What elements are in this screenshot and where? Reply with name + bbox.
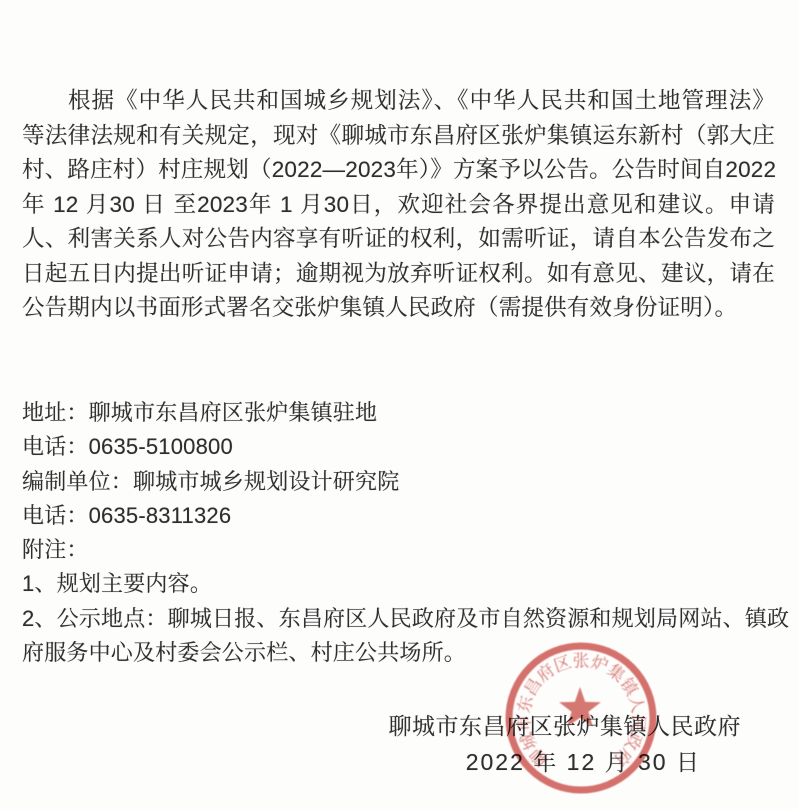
svg-text:张: 张 — [573, 651, 590, 670]
note-item-2-line-1: 2、公示地点：聊城日报、东昌府区人民政府及市自然资源和规划局网站、镇政 — [22, 602, 775, 636]
svg-text:民: 民 — [628, 714, 648, 733]
paragraph-line: 根据《中华人民共和国城乡规划法》、《中华人民共和国土地管理法》 — [22, 84, 775, 119]
signature-block: 聊城市东昌府区张炉集镇人民政府 2022 年 12 月 30 日 — [0, 708, 798, 780]
paragraph-line: 人、利害关系人对公告内容享有听证的权利，如需听证，请自本公告发布之 — [22, 222, 775, 257]
seal-star-icon — [559, 687, 601, 727]
phone-line-1: 电话：0635-5100800 — [22, 430, 775, 464]
paragraph-line: 年 12 月30 日 至2023年 1 月30日，欢迎社会各界提出意见和建议。申… — [22, 188, 775, 223]
issuing-authority: 聊城市东昌府区张炉集镇人民政府 — [0, 708, 798, 744]
announcement-document: 根据《中华人民共和国城乡规划法》、《中华人民共和国土地管理法》 等法律法规和有关… — [0, 0, 798, 809]
paragraph-line: 公告期内以书面形式署名交张炉集镇人民政府（需提供有效身份证明）。 — [22, 291, 775, 326]
compiling-org-line: 编制单位：聊城市城乡规划设计研究院 — [22, 465, 775, 499]
paragraph-line: 等法律法规和有关规定，现对《聊城市东昌府区张炉集镇运东新村（郭大庄 — [22, 119, 775, 154]
svg-text:市: 市 — [514, 714, 534, 733]
phone-line-2: 电话：0635-8311326 — [22, 499, 775, 533]
paragraph-line: 村、路庄村）村庄规划（2022—2023年）》方案予以公告。公告时间自2022 — [22, 153, 775, 188]
address-line: 地址：聊城市东昌府区张炉集镇驻地 — [22, 396, 775, 430]
issue-date: 2022 年 12 月 30 日 — [0, 744, 798, 780]
announcement-body: 根据《中华人民共和国城乡规划法》、《中华人民共和国土地管理法》 等法律法规和有关… — [22, 84, 775, 326]
official-seal: 聊城市东昌府区张炉集镇人民政府 — [496, 633, 666, 803]
contact-and-notes: 地址：聊城市东昌府区张炉集镇驻地 电话：0635-5100800 编制单位：聊城… — [22, 396, 775, 670]
notes-title: 附注： — [22, 533, 775, 567]
paragraph-line: 日起五日内提出听证申请；逾期视为放弃听证权利。如有意见、建议，请在 — [22, 257, 775, 292]
svg-text:人: 人 — [625, 694, 648, 715]
note-item-1: 1、规划主要内容。 — [22, 567, 775, 601]
